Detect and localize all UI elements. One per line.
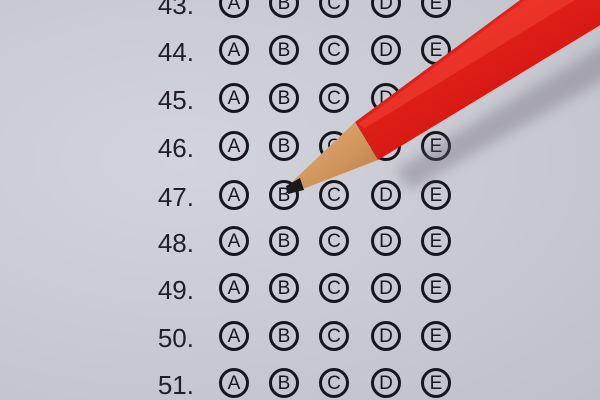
answer-sheet-paper: 43. A B C D E 44. A B C D E 45. A B C D …: [0, 0, 600, 400]
bubble-e[interactable]: E: [421, 35, 451, 65]
question-number: 46.: [158, 128, 194, 168]
bubble-a[interactable]: A: [219, 226, 249, 256]
bubble-b[interactable]: B: [269, 273, 299, 303]
bubble-b[interactable]: B: [269, 321, 299, 351]
bubble-e[interactable]: E: [421, 226, 451, 256]
bubble-c[interactable]: C: [319, 0, 349, 18]
question-row-43: 43. A B C D E: [0, 0, 600, 25]
question-row-50: 50. A B C D E: [0, 318, 600, 358]
question-row-51: 51. A B C D E: [0, 365, 600, 400]
bubble-a[interactable]: A: [219, 180, 249, 210]
question-row-48: 48. A B C D E: [0, 223, 600, 263]
question-row-47: 47. A B C D E: [0, 177, 600, 217]
bubble-c[interactable]: C: [319, 368, 349, 398]
bubble-a[interactable]: A: [219, 368, 249, 398]
bubble-b[interactable]: B: [269, 83, 299, 113]
bubble-c[interactable]: C: [319, 180, 349, 210]
bubble-c[interactable]: C: [319, 35, 349, 65]
bubble-c[interactable]: C: [319, 226, 349, 256]
bubble-e[interactable]: E: [421, 321, 451, 351]
bubble-c[interactable]: C: [319, 273, 349, 303]
question-number: 48.: [158, 223, 194, 263]
bubble-e[interactable]: E: [421, 83, 451, 113]
question-number: 49.: [158, 270, 194, 310]
bubble-a[interactable]: A: [219, 131, 249, 161]
bubble-d[interactable]: D: [371, 0, 401, 18]
bubble-b[interactable]: B: [269, 0, 299, 18]
question-number: 45.: [158, 80, 194, 120]
bubble-d[interactable]: D: [371, 35, 401, 65]
bubble-b[interactable]: B: [269, 368, 299, 398]
bubble-a[interactable]: A: [219, 273, 249, 303]
bubble-d[interactable]: D: [371, 180, 401, 210]
question-number: 47.: [158, 177, 194, 217]
question-number: 51.: [158, 365, 194, 400]
bubble-b[interactable]: B: [269, 180, 299, 210]
bubble-b[interactable]: B: [269, 35, 299, 65]
bubble-e[interactable]: E: [421, 273, 451, 303]
question-number: 50.: [158, 318, 194, 358]
bubble-c[interactable]: C: [319, 321, 349, 351]
bubble-a[interactable]: A: [219, 0, 249, 18]
bubble-d[interactable]: D: [371, 131, 401, 161]
question-number: 43.: [158, 0, 194, 25]
bubble-e[interactable]: E: [421, 368, 451, 398]
bubble-e[interactable]: E: [421, 0, 451, 18]
bubble-e[interactable]: E: [421, 180, 451, 210]
bubble-d[interactable]: D: [371, 226, 401, 256]
bubble-e[interactable]: E: [421, 131, 451, 161]
bubble-d[interactable]: D: [371, 273, 401, 303]
bubble-d[interactable]: D: [371, 83, 401, 113]
question-row-49: 49. A B C D E: [0, 270, 600, 310]
bubble-c[interactable]: C: [319, 83, 349, 113]
bubble-d[interactable]: D: [371, 321, 401, 351]
question-row-44: 44. A B C D E: [0, 32, 600, 72]
bubble-a[interactable]: A: [219, 321, 249, 351]
bubble-a[interactable]: A: [219, 83, 249, 113]
bubble-c[interactable]: C: [319, 131, 349, 161]
question-row-46: 46. A B C D E: [0, 128, 600, 168]
bubble-a[interactable]: A: [219, 35, 249, 65]
question-number: 44.: [158, 32, 194, 72]
bubble-b[interactable]: B: [269, 226, 299, 256]
bubble-b[interactable]: B: [269, 131, 299, 161]
question-row-45: 45. A B C D E: [0, 80, 600, 120]
bubble-d[interactable]: D: [371, 368, 401, 398]
